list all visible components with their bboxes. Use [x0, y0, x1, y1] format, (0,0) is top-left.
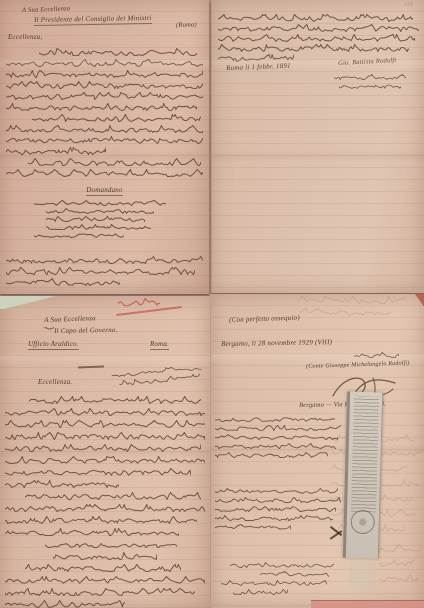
manuscript-letters-photo: A Sua Eccellenza Il Presidente del Consi… [0, 0, 424, 608]
handwriting-stroke [5, 408, 205, 416]
handwriting-stroke [46, 224, 151, 230]
postmark-stamp [350, 510, 375, 535]
handwriting-stroke [215, 416, 335, 422]
margin-annotation-block [111, 364, 204, 390]
handwriting-line [215, 497, 341, 503]
handwriting-stroke [221, 580, 327, 586]
handwriting-stroke [299, 308, 391, 316]
handwriting-stroke [5, 480, 119, 488]
handwriting-line [6, 125, 203, 133]
handwriting-stroke [334, 74, 406, 80]
handwriting-line [5, 504, 205, 512]
handwriting-stroke [6, 256, 203, 264]
handwriting-stroke [215, 434, 338, 440]
handwriting-stroke [218, 34, 415, 42]
handwriting-stroke [25, 492, 201, 500]
bleedthrough-line [379, 544, 421, 552]
handwriting-line [215, 434, 338, 440]
handwriting-stroke [5, 420, 205, 428]
bleedthrough-block [299, 296, 411, 320]
handwriting-stroke [5, 468, 191, 476]
bleedthrough-line [299, 308, 391, 316]
handwriting-line [5, 432, 205, 440]
handwriting-line [5, 408, 205, 416]
recipient-line: Il Presidente del Consiglio dei Ministri [34, 14, 152, 25]
handwriting-line [230, 562, 334, 568]
handwriting-line [334, 74, 406, 80]
handwriting-line [215, 416, 335, 422]
handwriting-line [215, 515, 333, 521]
handwriting-line [215, 488, 338, 494]
handwriting-line [260, 571, 329, 577]
handwriting-stroke [5, 576, 205, 584]
handwriting-line [53, 552, 157, 560]
handwriting-line [6, 147, 106, 155]
handwriting-line [32, 114, 201, 122]
handwriting-line [28, 158, 201, 166]
reference-note-block [221, 562, 336, 598]
handwriting-line [6, 103, 197, 111]
handwriting-stroke [218, 44, 409, 52]
handwriting-line [46, 208, 154, 214]
handwriting-stroke [6, 169, 203, 177]
handwriting-stroke [6, 59, 203, 67]
handwriting-line [218, 44, 409, 52]
handwriting-stroke [339, 83, 401, 89]
handwriting-line [6, 256, 203, 264]
handwriting-stroke [25, 564, 181, 572]
handwriting-stroke [34, 232, 124, 238]
handwriting-stroke [5, 432, 205, 440]
handwriting-stroke [39, 48, 197, 56]
handwriting-stroke [215, 506, 336, 512]
handwriting-stroke [34, 200, 166, 206]
handwriting-stroke [5, 516, 197, 524]
handwriting-stroke [118, 298, 160, 307]
handwriting-stroke [260, 571, 329, 577]
handwriting-stroke [6, 103, 197, 111]
handwriting-line [215, 425, 341, 431]
handwriting-line [215, 452, 328, 458]
recipient-city: Roma. [150, 340, 169, 349]
closing-block [6, 256, 203, 289]
handwriting-stroke [32, 114, 201, 122]
handwriting-line [46, 216, 145, 222]
handwriting-line [25, 564, 181, 572]
recipient-line: A Sua Eccellenza [22, 5, 70, 15]
handwriting-line [6, 70, 203, 78]
section-heading: Domandano [0, 186, 209, 195]
letter-page-top-left: A Sua Eccellenza Il Presidente del Consi… [0, 0, 209, 294]
handwriting-line [29, 396, 201, 404]
letter-body-block [6, 48, 203, 180]
folded-corner [415, 294, 424, 308]
handwriting-stroke [379, 559, 415, 567]
handwriting-stroke [5, 528, 179, 536]
handwriting-stroke [5, 504, 205, 512]
handwriting-line [39, 48, 197, 56]
handwriting-stroke [5, 444, 201, 452]
handwriting-stroke [215, 524, 291, 530]
handwriting-line [5, 444, 201, 452]
handwriting-line [215, 524, 291, 530]
handwriting-stroke [218, 54, 294, 62]
handwriting-stroke [28, 158, 201, 166]
handwriting-line [5, 576, 205, 584]
handwriting-line [34, 200, 166, 206]
recipient-title: Il Presidente del Consiglio dei Ministri [34, 14, 152, 26]
bleedthrough-line [379, 574, 418, 582]
handwriting-line [5, 588, 195, 596]
handwriting-stroke [6, 125, 203, 133]
handwriting-line [6, 92, 203, 100]
handwriting-line [6, 267, 195, 275]
handwriting-line [215, 506, 336, 512]
note-paragraph-block [215, 488, 341, 533]
handwriting-stroke [218, 14, 413, 22]
handwriting-stroke [6, 278, 120, 286]
recipient-line: A Sua Eccellenza [44, 314, 96, 325]
handwriting-line [5, 528, 179, 536]
telegram-micro-text [351, 396, 379, 513]
handwriting-line [218, 14, 413, 22]
recipient-office: Ufficio Araldico. [28, 340, 79, 349]
handwriting-stroke [46, 208, 154, 214]
handwriting-line [6, 81, 203, 89]
handwriting-line [215, 443, 336, 449]
handwriting-stroke [215, 443, 336, 449]
salutation: Eccellenza. [38, 378, 72, 387]
handwriting-stroke [6, 92, 203, 100]
handwriting-line [34, 232, 124, 238]
bleedthrough-line [299, 296, 405, 304]
handwriting-stroke [6, 136, 203, 144]
handwriting-stroke [215, 425, 341, 431]
letter-page-bottom-right: (Con perfetto ossequio) Bergamo, li 28 n… [210, 294, 424, 608]
handwriting-line [218, 34, 415, 42]
red-pencil-annotation [118, 298, 160, 307]
signature-name: Gio. Battista Rodolfi [338, 57, 397, 68]
handwriting-line [46, 224, 151, 230]
closing-formula: (Con perfetto ossequio) [229, 314, 300, 325]
handwriting-line [221, 580, 327, 586]
handwriting-stroke [5, 600, 125, 608]
petition-body-block [5, 396, 205, 608]
handwriting-line [25, 492, 201, 500]
letter-page-bottom-left: A Sua Eccellenza Il Capo del Governo. Uf… [0, 296, 210, 608]
handwriting-stroke [230, 562, 334, 568]
handwriting-stroke [5, 588, 195, 596]
handwriting-stroke [45, 540, 177, 548]
recipient-line: Il Capo del Governo. [54, 326, 118, 336]
handwriting-line [339, 83, 401, 89]
handwriting-stroke [233, 589, 288, 595]
page-number: 119 [404, 2, 413, 8]
recipient-city-note: (Roma) [176, 21, 197, 30]
handwriting-stroke [6, 70, 203, 78]
handwriting-stroke [218, 24, 419, 32]
handwriting-line [6, 59, 203, 67]
handwriting-line [6, 278, 120, 286]
bleedthrough-line [379, 559, 415, 567]
bleedthrough-block [379, 544, 421, 589]
handwriting-stroke [6, 267, 195, 275]
handwriting-line [5, 468, 191, 476]
dateline: Roma li 1 febbr. 1891 [226, 62, 291, 73]
handwriting-stroke [29, 396, 201, 404]
names-list-block [34, 200, 184, 240]
handwriting-stroke [5, 456, 205, 464]
handwriting-line [5, 420, 205, 428]
handwriting-stroke [53, 552, 157, 560]
section-divider [78, 366, 104, 368]
handwriting-line [6, 136, 203, 144]
handwriting-line [218, 24, 419, 32]
handwriting-stroke [215, 452, 328, 458]
handwriting-stroke [6, 81, 203, 89]
form-ghost [349, 562, 376, 591]
dateline: Bergamo, li 28 novembre 1929 (VIII) [221, 338, 332, 349]
handwriting-stroke [354, 352, 399, 358]
handwriting-line [6, 169, 203, 177]
handwriting-stroke [379, 574, 418, 582]
handwriting-line [218, 54, 294, 62]
signature-subscript-block [334, 74, 412, 92]
signer-title-note: (Conte Giuseppe Michelangelo Rodolfi) [306, 360, 410, 371]
pasted-telegram-strip [343, 392, 383, 559]
handwriting-line [5, 516, 197, 524]
underlying-sheet-corner [0, 296, 56, 310]
handwriting-line [5, 600, 125, 608]
handwriting-stroke [215, 515, 333, 521]
handwriting-stroke [215, 488, 338, 494]
page-edge-backing [311, 600, 424, 608]
letter-page-top-right: 119 Roma li 1 febbr. 1891 Gio. Battista … [211, 0, 424, 293]
salutation: Eccellenza, [8, 33, 42, 42]
handwriting-stroke [46, 216, 145, 222]
handwriting-stroke [6, 147, 106, 155]
red-pencil-underline [116, 306, 182, 316]
note-paragraph-block [215, 416, 341, 461]
handwriting-stroke [299, 296, 405, 304]
handwriting-line [45, 540, 177, 548]
handwriting-stroke [379, 544, 421, 552]
handwriting-stroke [215, 497, 341, 503]
handwriting-line [5, 456, 205, 464]
handwriting-line [354, 352, 399, 358]
handwriting-line [233, 589, 288, 595]
handwriting-line [5, 480, 119, 488]
